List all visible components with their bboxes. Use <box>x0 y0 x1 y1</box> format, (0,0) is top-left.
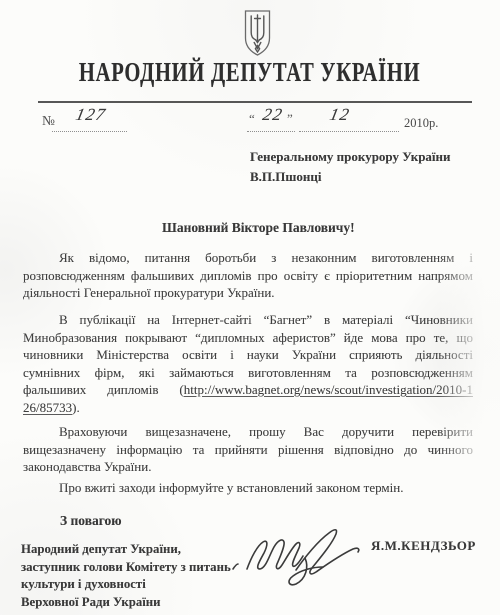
scanned-letter-page: НАРОДНИЙ ДЕПУТАТ УКРАЇНИ № 127 “ 22 ” 12… <box>0 0 500 615</box>
date-day-line <box>247 131 295 132</box>
paragraph-4: Про вжиті заходи інформуйте у встановлен… <box>23 479 473 497</box>
body-line-text: ). <box>72 400 80 415</box>
body-line: 26/85733). <box>23 399 473 417</box>
addressee-line-1: Генеральному прокурору України <box>250 147 480 167</box>
ukraine-trident-icon <box>243 9 272 57</box>
position-line-1: Народний депутат України, <box>21 541 261 559</box>
body-line: законодавства України. <box>23 458 473 476</box>
handwritten-signature <box>226 515 366 593</box>
body-line: чиновники Міністерства освіти і науки Ук… <box>23 346 473 364</box>
url-link: http://www.bagnet.org/news/scout/investi… <box>184 382 473 397</box>
body-line: фальшивих дипломів (http://www.bagnet.or… <box>23 381 473 399</box>
addressee-line-2: В.П.Пшонці <box>250 167 480 187</box>
date-year-text: 2010р. <box>404 116 438 131</box>
paragraph-3: Враховуючи вищезазначене, прошу Вас дору… <box>23 423 473 476</box>
letterhead-divider <box>38 101 472 103</box>
body-line: діяльності Генеральної прокуратури Украї… <box>23 284 473 302</box>
signature-position-block: Народний депутат України, заступник голо… <box>21 541 261 611</box>
body-line: Минобразования покрывают “дипломных афер… <box>23 329 473 347</box>
body-line-text: фальшивих дипломів ( <box>23 382 184 397</box>
salutation: Шановний Вікторе Павловичу! <box>162 220 355 236</box>
body-line: розповсюдженням фальшивих дипломів про о… <box>23 267 473 285</box>
signer-name: Я.М.КЕНДЗЬОР <box>371 538 476 554</box>
body-line: Про вжиті заходи інформуйте у встановлен… <box>23 479 473 497</box>
body-line: сумнівних фірм, які займаються виготовле… <box>23 364 473 382</box>
date-month-value: 12 <box>308 105 372 125</box>
date-close-quote: ” <box>287 111 293 127</box>
body-line: Як відомо, питання боротьби з незаконним… <box>23 249 473 267</box>
reference-number-label: № <box>42 113 55 129</box>
addressee-block: Генеральному прокурору України В.П.Пшонц… <box>250 147 480 186</box>
reference-number-value: 127 <box>58 105 124 125</box>
url-link: 26/85733 <box>23 400 72 415</box>
body-line: вищезазначену інформацію та прийняти ріш… <box>23 441 473 459</box>
position-line-2: заступник голови Комітету з питань <box>21 559 261 577</box>
date-month-line <box>299 131 399 132</box>
position-line-3: культури і духовності <box>21 576 261 594</box>
body-line: В публікації на Інтернет-сайті “Багнет” … <box>23 311 473 329</box>
letterhead-title-text: НАРОДНИЙ ДЕПУТАТ УКРАЇНИ <box>79 57 420 88</box>
paragraph-1: Як відомо, питання боротьби з незаконним… <box>23 249 473 302</box>
letterhead-title: НАРОДНИЙ ДЕПУТАТ УКРАЇНИ <box>0 57 500 88</box>
body-line: Враховуючи вищезазначене, прошу Вас дору… <box>23 423 473 441</box>
paragraph-2: В публікації на Інтернет-сайті “Багнет” … <box>23 311 473 416</box>
reference-number-line <box>52 131 127 132</box>
closing-phrase: З повагою <box>60 513 122 529</box>
position-line-4: Верховної Ради України <box>21 594 261 612</box>
